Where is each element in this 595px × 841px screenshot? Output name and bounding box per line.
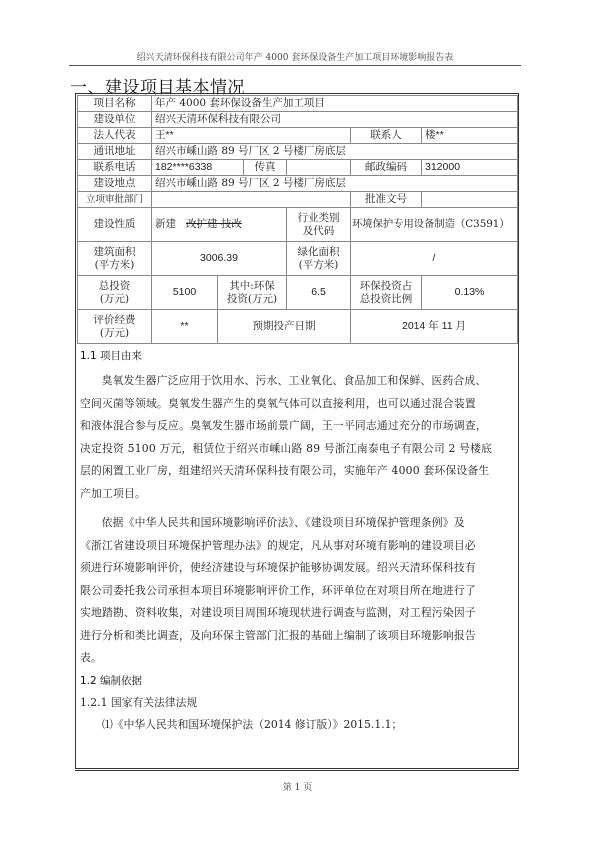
site-label: 建设地点	[78, 176, 152, 192]
address-label: 通讯地址	[78, 144, 152, 160]
ratio-value: 0.13%	[422, 276, 518, 310]
fax-label: 传真	[244, 160, 287, 176]
table-row: 项目名称 年产 4000 套环保设备生产加工项目	[78, 96, 518, 112]
address-value: 绍兴市嵊山路 89 号厂区 2 号楼厂房底层	[152, 144, 518, 160]
green-value: /	[351, 242, 518, 276]
table-row: 总投资 (万元) 5100 其中:环保 投资(万元) 6.5 环保投资占 总投资…	[78, 276, 518, 310]
phone-label: 联系电话	[78, 160, 152, 176]
invest-label: 总投资 (万元)	[78, 276, 152, 310]
industry-label: 行业类别 及代码	[287, 208, 351, 242]
ratio-label: 环保投资占 总投资比例	[351, 276, 422, 310]
project-name-value: 年产 4000 套环保设备生产加工项目	[152, 96, 518, 112]
env-invest-value: 6.5	[287, 276, 351, 310]
section-heading-1-2: 1.2 编制依据	[80, 670, 516, 692]
project-info-table: 项目名称 年产 4000 套环保设备生产加工项目 建设单位 绍兴天清环保科技有限…	[77, 95, 518, 344]
table-row: 联系电话 182****6338 传真 邮政编码 312000	[78, 160, 518, 176]
table-row: 立项审批部门 批准文号	[78, 192, 518, 208]
fee-value: **	[152, 310, 218, 344]
nature-struck: 改扩建 技改	[186, 218, 242, 230]
table-row: 建设地点 绍兴市嵊山路 89 号厂区 2 号楼厂房底层	[78, 176, 518, 192]
nature-label: 建设性质	[78, 208, 152, 242]
postcode-label: 邮政编码	[351, 160, 422, 176]
approval-no-label: 批准文号	[351, 192, 422, 208]
table-row: 建设单位 绍兴天清环保科技有限公司	[78, 112, 518, 128]
fax-value	[287, 160, 351, 176]
postcode-value: 312000	[422, 160, 518, 176]
section-heading-1-1: 1.1 项目由来	[80, 348, 516, 370]
approval-dept-label: 立项审批部门	[78, 192, 152, 208]
section-content: 1.1 项目由来 臭氧发生器广泛应用于饮用水、污水、工业氧化、食品加工和保鲜、医…	[80, 348, 516, 736]
fee-label: 评价经费 (万元)	[78, 310, 152, 344]
phone-value: 182****6338	[152, 160, 244, 176]
header-divider	[69, 65, 521, 66]
table-row: 建筑面积 (平方米) 3006.39 绿化面积 (平方米) /	[78, 242, 518, 276]
legal-rep-label: 法人代表	[78, 128, 152, 144]
page-number: 第 1 页	[0, 780, 595, 793]
date-label: 预期投产日期	[218, 310, 351, 344]
law-item-1: ⑴《中华人民共和国环境保护法（2014 修订版）》2015.1.1；	[80, 714, 516, 736]
table-row: 建设性质 新建 改扩建 技改 行业类别 及代码 环境保护专用设备制造（C3591…	[78, 208, 518, 242]
approval-no-value	[422, 192, 518, 208]
frame-bottom-rule	[75, 770, 519, 771]
area-label: 建筑面积 (平方米)	[78, 242, 152, 276]
approval-dept-value	[152, 192, 351, 208]
unit-value: 绍兴天清环保科技有限公司	[152, 112, 518, 128]
table-row: 通讯地址 绍兴市嵊山路 89 号厂区 2 号楼厂房底层	[78, 144, 518, 160]
date-value: 2014 年 11 月	[351, 310, 518, 344]
env-invest-label: 其中:环保 投资(万元)	[218, 276, 287, 310]
nature-new: 新建	[155, 218, 176, 230]
running-header: 绍兴天清环保科技有限公司年产 4000 套环保设备生产加工项目环境影响报告表	[70, 50, 520, 63]
industry-value: 环境保护专用设备制造（C3591）	[351, 208, 518, 242]
unit-label: 建设单位	[78, 112, 152, 128]
contact-label: 联系人	[351, 128, 422, 144]
paragraph-basis: 依据《中华人民共和国环境影响评价法》、《建设项目环境保护管理条例》及 《浙江省建…	[80, 512, 516, 670]
table-row: 法人代表 王** 联系人 楼**	[78, 128, 518, 144]
area-value: 3006.39	[152, 242, 287, 276]
project-name-label: 项目名称	[78, 96, 152, 112]
contact-value: 楼**	[422, 128, 518, 144]
site-value: 绍兴市嵊山路 89 号厂区 2 号楼厂房底层	[152, 176, 518, 192]
table-row: 评价经费 (万元) ** 预期投产日期 2014 年 11 月	[78, 310, 518, 344]
paragraph-origin: 臭氧发生器广泛应用于饮用水、污水、工业氧化、食品加工和保鲜、医药合成、 空间灭菌…	[80, 370, 516, 505]
legal-rep-value: 王**	[152, 128, 351, 144]
nature-value: 新建 改扩建 技改	[152, 208, 287, 242]
green-label: 绿化面积 (平方米)	[287, 242, 351, 276]
section-heading-1-2-1: 1.2.1 国家有关法律法规	[80, 692, 516, 714]
invest-value: 5100	[152, 276, 218, 310]
